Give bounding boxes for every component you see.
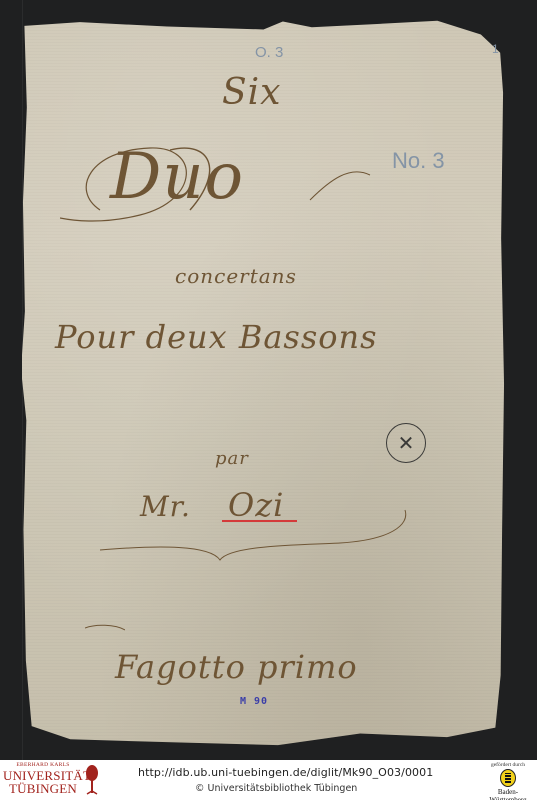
permalink-url[interactable]: http://idb.ub.uni-tuebingen.de/diglit/Mk… [138, 766, 433, 779]
copyright-text: © Universitätsbibliothek Tübingen [195, 783, 357, 794]
top-left-flourish-icon [85, 622, 125, 634]
pencil-mark-number: No. 3 [392, 148, 445, 174]
pencil-mark-opus: O. 3 [255, 44, 283, 61]
crossed-keys-icon: ✕ [398, 431, 415, 455]
university-logo[interactable]: EBERHARD KARLS UNIVERSITÄT TÜBINGEN [3, 763, 83, 795]
pencil-page-number: 1 [492, 42, 499, 56]
title-concertans: concertans [175, 264, 297, 288]
baden-wuerttemberg-shield-icon [500, 769, 516, 787]
title-six: Six [222, 72, 281, 113]
divider-flourish-icon [100, 505, 420, 565]
footer: EBERHARD KARLS UNIVERSITÄT TÜBINGEN http… [0, 760, 537, 800]
library-stamp: ✕ [386, 423, 426, 463]
shelfmark-stamp: M 90 [240, 696, 268, 707]
palm-tree-logo-icon [85, 764, 99, 796]
part-name: Fagotto primo [115, 648, 358, 686]
title-pour-deux-bassons: Pour deux Bassons [55, 318, 378, 356]
sponsor-logo[interactable]: gefördert durch Baden-Württemberg [480, 762, 536, 800]
title-duo: Duo [110, 140, 244, 214]
manuscript-scan: O. 3 1 Six Duo No. 3 concertans Pour deu… [0, 0, 537, 760]
title-par: par [215, 448, 249, 469]
